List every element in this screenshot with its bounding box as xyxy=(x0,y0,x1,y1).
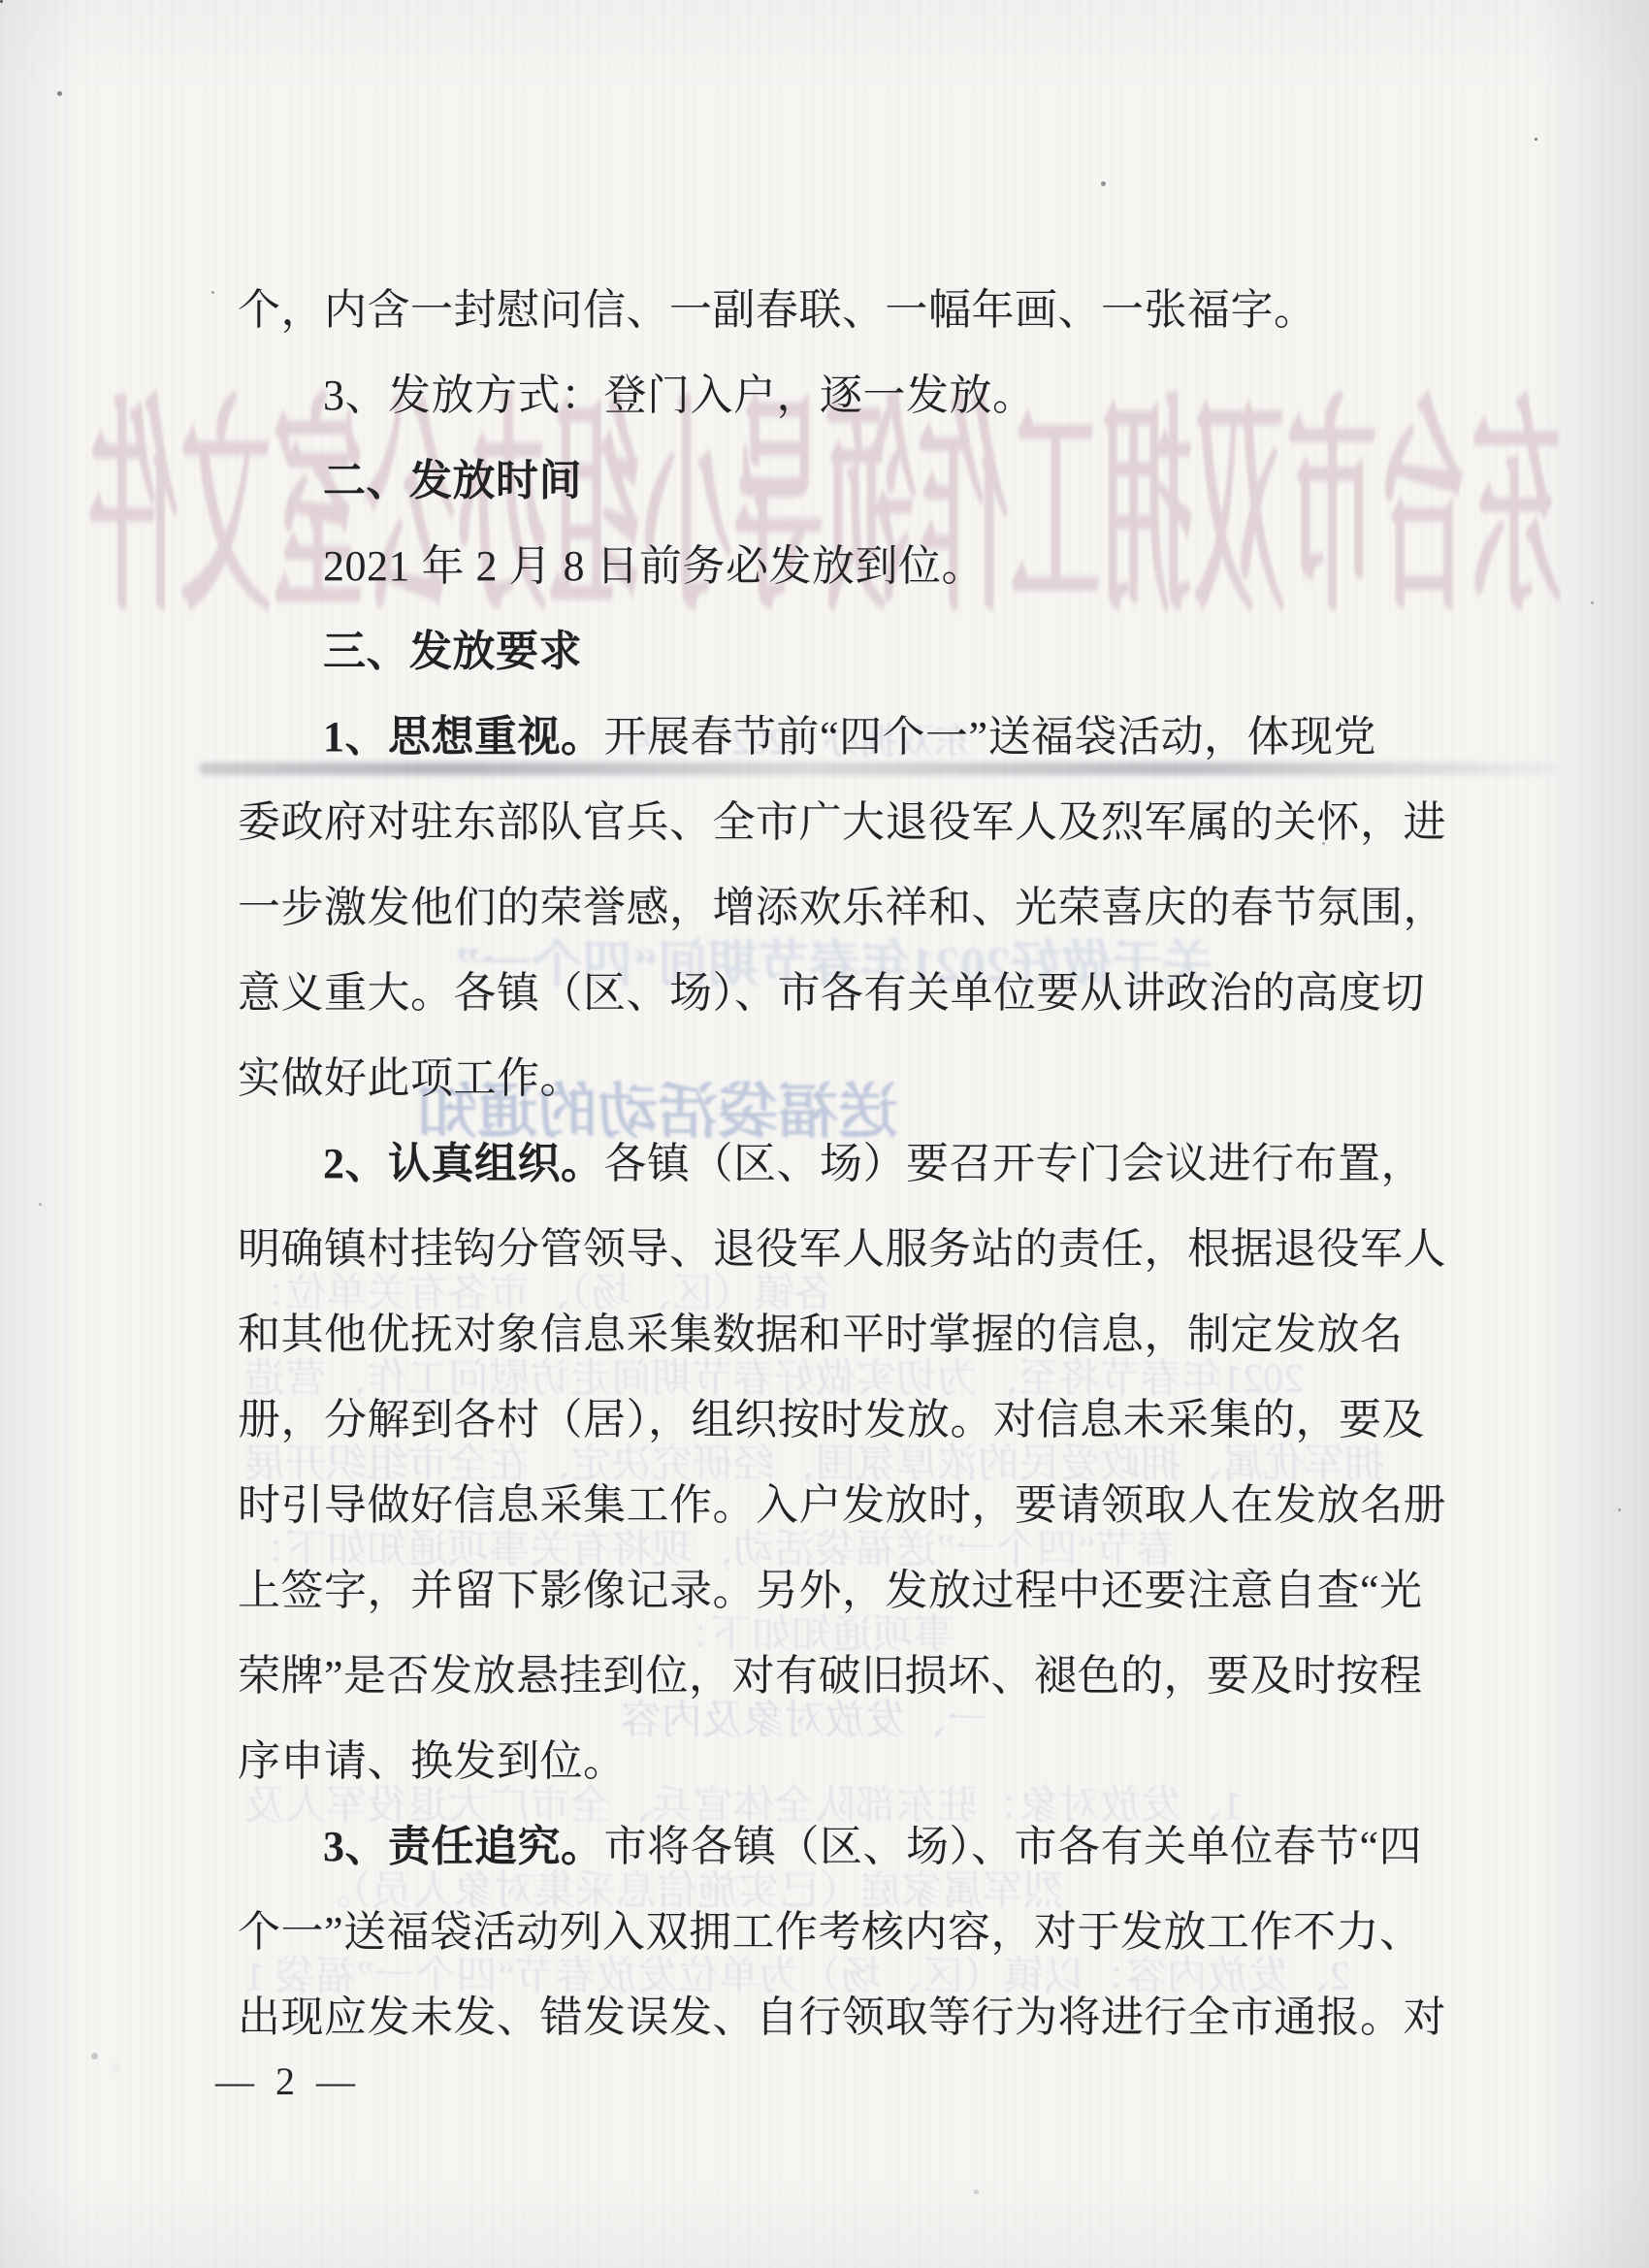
body-text-line: 3、责任追究。市将各镇（区、场）、市各有关单位春节“四 xyxy=(238,1804,1470,1890)
body-text-line: 个，内含一封慰问信、一副春联、一幅年画、一张福字。 xyxy=(238,268,1470,353)
body-text-line: 序申请、换发到位。 xyxy=(238,1719,1470,1804)
body-text-line: 2、认真组织。各镇（区、场）要召开专门会议进行布置， xyxy=(238,1121,1470,1207)
body-text-line: 委政府对驻东部队官兵、全市广大退役军人及烈军属的关怀，进 xyxy=(238,780,1470,865)
body-text-line: 和其他优抚对象信息采集数据和平时掌握的信息，制定发放名 xyxy=(238,1292,1470,1377)
body-text-line: 时引导做好信息采集工作。入户发放时，要请领取人在发放名册 xyxy=(238,1463,1470,1548)
body-text-line: 一步激发他们的荣誉感，增添欢乐祥和、光荣喜庆的春节氛围， xyxy=(238,865,1470,951)
body-text-line: 实做好此项工作。 xyxy=(238,1036,1470,1121)
body-text-line: 册，分解到各村（居），组织按时发放。对信息未采集的，要及 xyxy=(238,1377,1470,1463)
body-text-line: 上签字，并留下影像记录。另外，发放过程中还要注意自查“光 xyxy=(238,1548,1470,1634)
document-body: 个，内含一封慰问信、一副春联、一幅年画、一张福字。 3、发放方式：登门入户，逐一… xyxy=(238,268,1470,2060)
section-heading: 二、发放时间 xyxy=(238,438,1470,524)
body-text-line: 明确镇村挂钩分管领导、退役军人服务站的责任，根据退役军人 xyxy=(238,1207,1470,1292)
body-text-line: 3、发放方式：登门入户，逐一发放。 xyxy=(238,353,1470,438)
body-text-line: 个一”送福袋活动列入双拥工作考核内容，对于发放工作不力、 xyxy=(238,1890,1470,1975)
body-text-line: 荣牌”是否发放悬挂到位，对有破旧损坏、褪色的，要及时按程 xyxy=(238,1634,1470,1719)
body-text-line: 2021 年 2 月 8 日前务必发放到位。 xyxy=(238,524,1470,609)
body-text-line: 意义重大。各镇（区、场）、市各有关单位要从讲政治的高度切 xyxy=(238,951,1470,1036)
scanned-document-page: 东台市双拥工作领导小组办公室文件 东双拥办〔2021〕2号 关于做好2021年春… xyxy=(0,0,1649,2268)
body-text-line: 出现应发未发、错发误发、自行领取等行为将进行全市通报。对 xyxy=(238,1975,1470,2060)
scan-specks xyxy=(0,0,3,3)
page-number: — 2 — xyxy=(215,2060,361,2103)
section-heading: 三、发放要求 xyxy=(238,609,1470,695)
body-text-line: 1、思想重视。开展春节前“四个一”送福袋活动，体现党 xyxy=(238,695,1470,780)
